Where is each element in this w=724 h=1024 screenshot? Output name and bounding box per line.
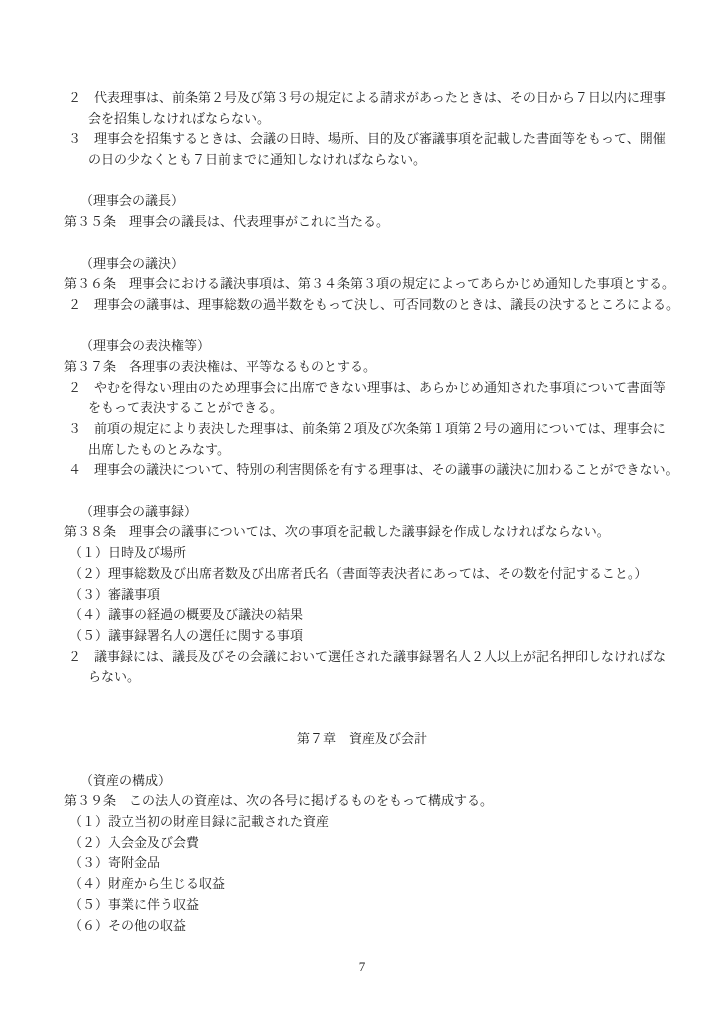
blank-line [64,936,660,957]
article-39: 第３９条 この法人の資産は、次の各号に掲げるものをもって構成する。 [64,791,660,812]
para-38-2-line-1: ２ 議事録には、議長及びその会議において選任された議事録署名人２人以上が記名押印… [68,647,660,668]
blank-line [64,481,660,502]
article-39-item-6: （６）その他の収益 [69,916,660,937]
article-38-item-1: （１）日時及び場所 [69,543,660,564]
article-39-item-1: （１）設立当初の財産目録に記載された資産 [69,812,660,833]
article-38-item-2: （２）理事総数及び出席者数及び出席者氏名（書面等表決者にあっては、その数を付記す… [69,564,660,585]
blank-line [64,171,660,192]
para-36-2: ２ 理事会の議事は、理事総数の過半数をもって決し、可否同数のときは、議長の決する… [68,295,660,316]
para-34-2-line-2: 会を招集しなければならない。 [88,109,660,130]
article-39-item-3: （３）寄附金品 [69,853,660,874]
para-37-4: ４ 理事会の議決について、特別の利害関係を有する理事は、その議事の議決に加わるこ… [68,460,660,481]
section-label-minutes: （理事会の議事録） [80,502,660,523]
article-37: 第３７条 各理事の表決権は、平等なるものとする。 [64,357,660,378]
article-38-item-3: （３）審議事項 [69,585,660,606]
article-38: 第３８条 理事会の議事については、次の事項を記載した議事録を作成しなければならな… [64,522,660,543]
section-label-chair: （理事会の議長） [80,191,660,212]
section-label-assets: （資産の構成） [80,771,660,792]
blank-line [64,233,660,254]
article-38-item-5: （５）議事録署名人の選任に関する事項 [69,626,660,647]
blank-line [64,709,660,730]
document-page: ２ 代表理事は、前条第２号及び第３号の規定による請求があったときは、その日から７… [0,0,724,1024]
article-39-item-4: （４）財産から生じる収益 [69,874,660,895]
article-39-item-2: （２）入会金及び会費 [69,833,660,854]
para-34-2-line-1: ２ 代表理事は、前条第２号及び第３号の規定による請求があったときは、その日から７… [68,88,660,109]
section-label-resolution: （理事会の議決） [80,254,660,275]
article-35: 第３５条 理事会の議長は、代表理事がこれに当たる。 [64,212,660,233]
document-body: ２ 代表理事は、前条第２号及び第３号の規定による請求があったときは、その日から７… [0,0,724,978]
para-34-3-line-1: ３ 理事会を招集するときは、会議の日時、場所、目的及び審議事項を記載した書面等を… [68,129,660,150]
para-37-2-line-2: をもって表決することができる。 [88,398,660,419]
para-34-3-line-2: の日の少なくとも７日前までに通知しなければならない。 [88,150,660,171]
article-39-item-5: （５）事業に伴う収益 [69,895,660,916]
para-37-3-line-2: 出席したものとみなす。 [88,440,660,461]
para-38-2-line-2: らない。 [88,667,660,688]
blank-line [64,750,660,771]
blank-line [64,316,660,337]
page-number: 7 [64,957,660,978]
article-36: 第３６条 理事会における議決事項は、第３４条第３項の規定によってあらかじめ通知し… [64,274,660,295]
blank-line [64,688,660,709]
para-37-3-line-1: ３ 前項の規定により表決した理事は、前条第２項及び次条第１項第２号の適用について… [68,419,660,440]
chapter-7-heading: 第７章 資産及び会計 [64,729,660,750]
section-label-voting: （理事会の表決権等） [80,336,660,357]
article-38-item-4: （４）議事の経過の概要及び議決の結果 [69,605,660,626]
para-37-2-line-1: ２ やむを得ない理由のため理事会に出席できない理事は、あらかじめ通知された事項に… [68,378,660,399]
